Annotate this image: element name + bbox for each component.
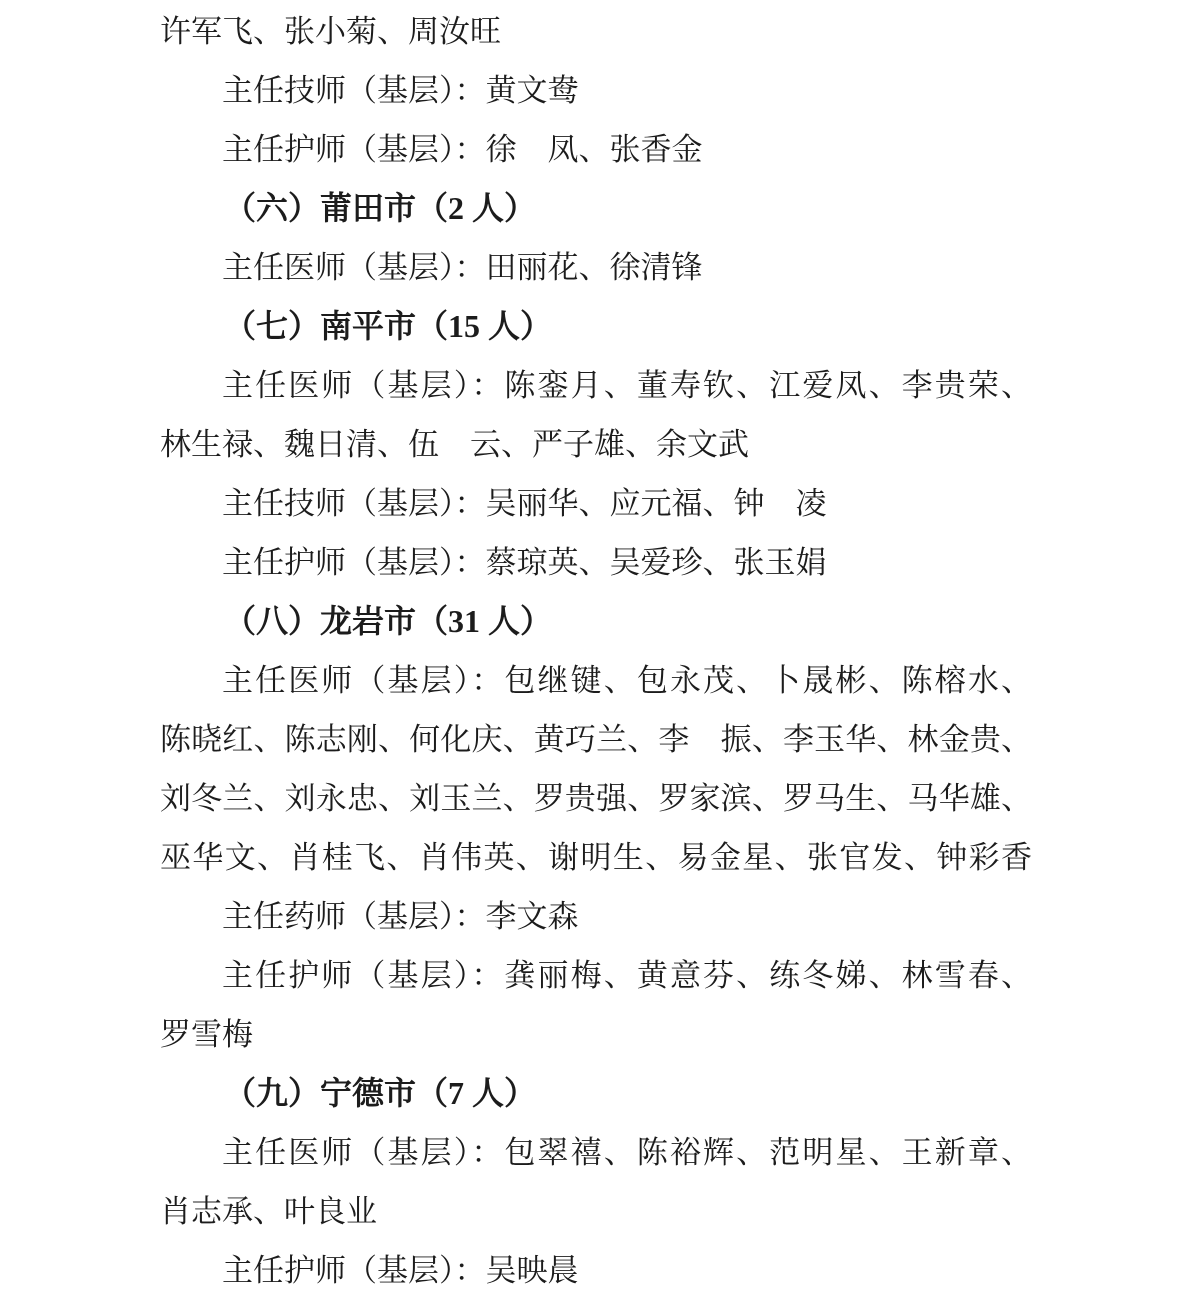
role-line-chief-nurse: 主任护师（基层）：龚丽梅、黄意芬、练冬娣、林雪春、 [160, 946, 1032, 1005]
role-line-chief-technician: 主任技师（基层）：黄文鸯 [160, 61, 1032, 120]
name-list-continuation: 许军飞、张小菊、周汝旺 [160, 2, 1032, 61]
section-heading-putian: （六）莆田市（2 人） [160, 179, 1032, 238]
section-heading-nanping: （七）南平市（15 人） [160, 297, 1032, 356]
role-line-chief-technician: 主任技师（基层）：吴丽华、应元福、钟 凌 [160, 474, 1032, 533]
role-line-chief-nurse: 主任护师（基层）：徐 凤、张香金 [160, 120, 1032, 179]
role-line-chief-physician: 主任医师（基层）：包继键、包永茂、卜晟彬、陈榕水、 [160, 651, 1032, 710]
section-heading-ningde: （九）宁德市（7 人） [160, 1064, 1032, 1123]
name-list-continuation: 巫华文、肖桂飞、肖伟英、谢明生、易金星、张官发、钟彩香 [160, 828, 1032, 887]
name-list-continuation: 林生禄、魏日清、伍 云、严子雄、余文武 [160, 415, 1032, 474]
name-list-continuation: 刘冬兰、刘永忠、刘玉兰、罗贵强、罗家滨、罗马生、马华雄、 [160, 769, 1032, 828]
role-line-chief-nurse: 主任护师（基层）：蔡琼英、吴爱珍、张玉娟 [160, 533, 1032, 592]
role-line-chief-physician: 主任医师（基层）：田丽花、徐清锋 [160, 238, 1032, 297]
role-line-chief-physician: 主任医师（基层）：陈銮月、董寿钦、江爱凤、李贵荣、 [160, 356, 1032, 415]
name-list-continuation: 陈晓红、陈志刚、何化庆、黄巧兰、李 振、李玉华、林金贵、 [160, 710, 1032, 769]
section-heading-longyan: （八）龙岩市（31 人） [160, 592, 1032, 651]
name-list-continuation: 肖志承、叶良业 [160, 1182, 1032, 1241]
role-line-chief-pharmacist: 主任药师（基层）：李文森 [160, 887, 1032, 946]
role-line-chief-physician: 主任医师（基层）：包翠禧、陈裕辉、范明星、王新章、 [160, 1123, 1032, 1182]
role-line-chief-nurse: 主任护师（基层）：吴映晨 [160, 1241, 1032, 1298]
document-page: 许军飞、张小菊、周汝旺 主任技师（基层）：黄文鸯 主任护师（基层）：徐 凤、张香… [0, 0, 1190, 1298]
name-list-continuation: 罗雪梅 [160, 1005, 1032, 1064]
